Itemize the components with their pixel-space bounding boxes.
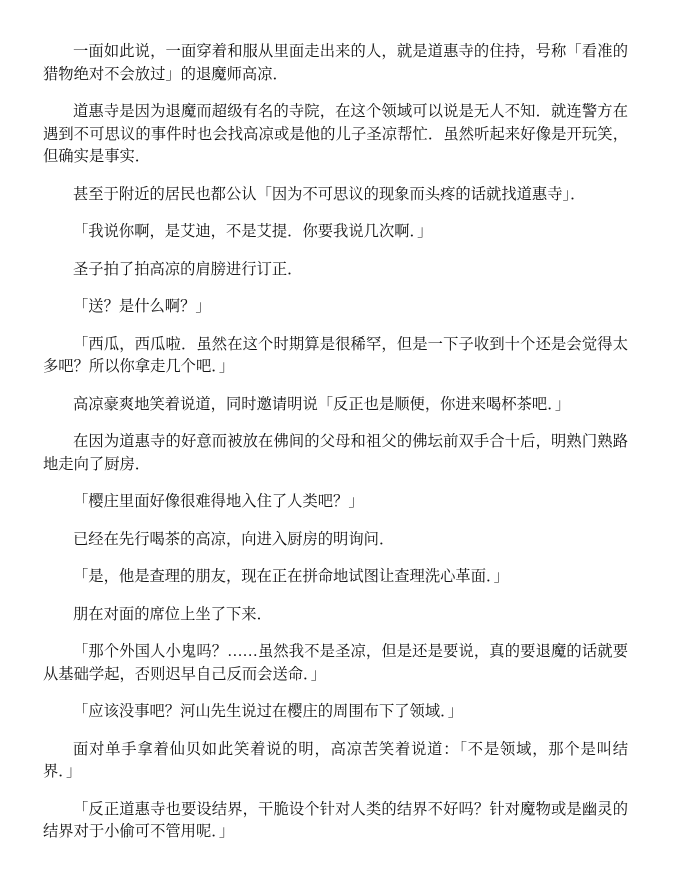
paragraph: 「樱庄里面好像很难得地入住了人类吧？」	[43, 491, 628, 514]
paragraph: 「我说你啊，是艾迪，不是艾提．你要我说几次啊．」	[43, 221, 628, 244]
paragraph: 「应该没事吧？河山先生说过在樱庄的周围布下了领域．」	[43, 701, 628, 724]
paragraph: 高凉豪爽地笑着说道，同时邀请明说「反正也是顺便，你进来喝杯茶吧．」	[43, 394, 628, 417]
paragraph: 在因为道惠寺的好意而被放在佛间的父母和祖父的佛坛前双手合十后，明熟门熟路地走向了…	[43, 431, 628, 476]
paragraph: 「是，他是查理的朋友，现在正在拼命地试图让查理洗心革面．」	[43, 566, 628, 589]
paragraph: 朋在对面的席位上坐了下来．	[43, 604, 628, 627]
document-page: 一面如此说，一面穿着和服从里面走出来的人，就是道惠寺的住持，号称「看准的猎物绝对…	[43, 41, 628, 859]
paragraph: 甚至于附近的居民也都公认「因为不可思议的现象而头疼的话就找道惠寺」．	[43, 184, 628, 207]
paragraph: 「送？是什么啊？」	[43, 296, 628, 319]
paragraph: 面对单手拿着仙贝如此笑着说的明，高凉苦笑着说道：「不是领域，那个是叫结界．」	[43, 739, 628, 784]
paragraph: 「西瓜，西瓜啦．虽然在这个时期算是很稀罕，但是一下子收到十个还是会觉得太多吧？所…	[43, 334, 628, 379]
paragraph: 「反正道惠寺也要设结界，干脆设个针对人类的结界不好吗？针对魔物或是幽灵的结界对于…	[43, 799, 628, 844]
paragraph: 一面如此说，一面穿着和服从里面走出来的人，就是道惠寺的住持，号称「看准的猎物绝对…	[43, 41, 628, 86]
paragraph: 已经在先行喝茶的高凉，向进入厨房的明询问．	[43, 529, 628, 552]
paragraph: 道惠寺是因为退魔而超级有名的寺院，在这个领域可以说是无人不知．就连警方在遇到不可…	[43, 101, 628, 169]
paragraph: 圣子拍了拍高凉的肩膀进行订正．	[43, 259, 628, 282]
paragraph: 「那个外国人小鬼吗？……虽然我不是圣凉，但是还是要说，真的要退魔的话就要从基础学…	[43, 641, 628, 686]
